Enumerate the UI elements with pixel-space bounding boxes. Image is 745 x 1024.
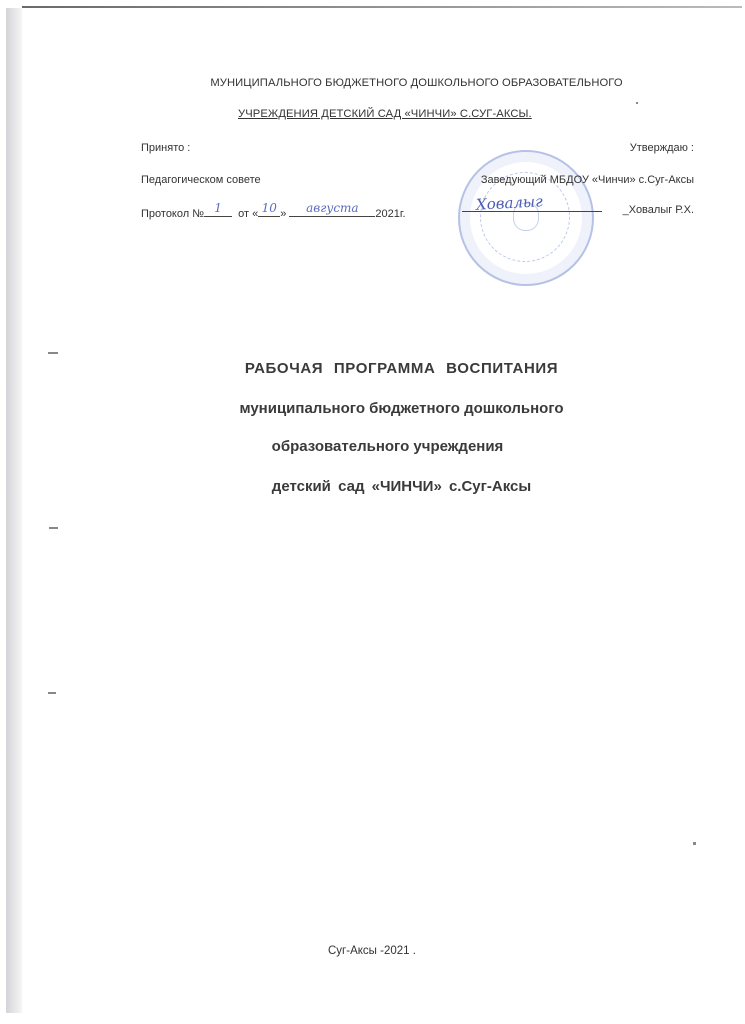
accepted-label: Принято :: [141, 142, 190, 154]
scan-speck: [49, 527, 58, 529]
title-line-2: муниципального бюджетного дошкольного: [0, 400, 745, 417]
header-line-2: УЧРЕЖДЕНИЯ ДЕТСКИЙ САД «ЧИНЧИ» С.СУГ-АКС…: [238, 108, 532, 120]
date-prefix: от «: [238, 208, 258, 220]
scan-speck: [636, 102, 638, 104]
protocol-number: 1: [204, 201, 232, 215]
protocol-number-field: 1: [204, 204, 232, 217]
signature-handwriting: Ховалыг: [476, 192, 544, 213]
approve-label: Утверждаю :: [630, 142, 694, 154]
protocol-prefix: Протокол №: [141, 208, 204, 220]
title-line-3: образовательного учреждения: [0, 438, 745, 455]
footer-place-year: Суг-Аксы -2021 .: [328, 945, 416, 957]
position-label: Заведующий МБДОУ «Чинчи» с.Суг-Аксы: [481, 174, 694, 186]
document-title: РАБОЧАЯ ПРОГРАММА ВОСПИТАНИЯ: [0, 360, 745, 377]
seal-stamp-icon: [458, 150, 594, 286]
council-label: Педагогическом совете: [141, 174, 261, 186]
date-month-field: августа: [289, 204, 375, 217]
title-line-4: детский сад «ЧИНЧИ» с.Суг-Аксы: [0, 478, 745, 495]
document-page: МУНИЦИПАЛЬНОГО БЮДЖЕТНОГО ДОШКОЛЬНОГО ОБ…: [0, 0, 745, 1024]
date-mid: »: [280, 208, 286, 220]
scan-speck: [48, 352, 58, 354]
date-day: 10: [258, 201, 280, 215]
date-day-field: 10: [258, 204, 280, 217]
date-year: 2021г.: [375, 208, 405, 220]
director-name: _Ховалыг Р.Х.: [623, 204, 694, 216]
date-month: августа: [289, 201, 375, 215]
protocol-line: Протокол №1 от «10»августа2021г.: [141, 204, 406, 220]
header-line-1: МУНИЦИПАЛЬНОГО БЮДЖЕТНОГО ДОШКОЛЬНОГО ОБ…: [0, 77, 745, 89]
scan-speck: [48, 692, 56, 694]
scan-speck: [693, 842, 696, 845]
